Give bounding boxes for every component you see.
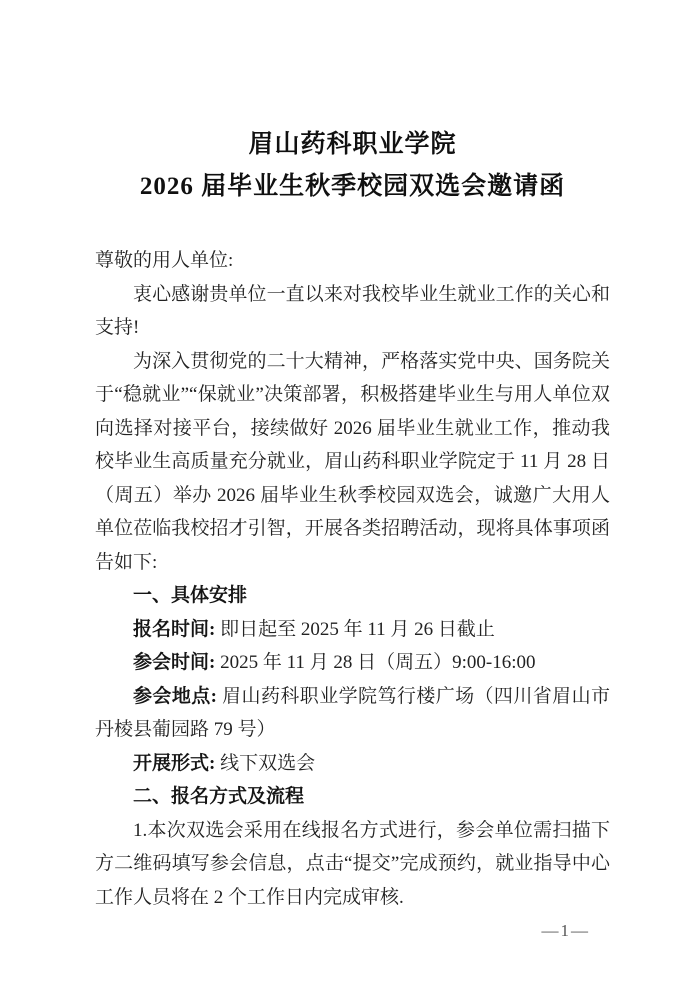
section-1-heading: 一、具体安排: [95, 579, 610, 613]
field-registration-time-value: 即日起至 2025 年 11 月 26 日截止: [215, 619, 495, 640]
field-registration-time-label: 报名时间:: [133, 619, 215, 640]
document-body: 尊敬的用人单位:衷心感谢贵单位一直以来对我校毕业生就业工作的关心和支持!为深入贯…: [95, 244, 610, 914]
title-line-2: 2026 届毕业生秋季校园双选会邀请函: [95, 166, 610, 208]
field-event-time: 参会时间: 2025 年 11 月 28 日（周五）9:00-16:00: [95, 646, 610, 680]
field-event-format-value: 线下双选会: [215, 753, 315, 774]
section-2-heading: 二、报名方式及流程: [95, 780, 610, 814]
document-title: 眉山药科职业学院 2026 届毕业生秋季校园双选会邀请函: [95, 124, 610, 208]
para-intro: 为深入贯彻党的二十大精神，严格落实党中央、国务院关于“稳就业”“保就业”决策部署…: [95, 345, 610, 580]
field-event-location: 参会地点: 眉山药科职业学院笃行楼广场（四川省眉山市丹棱县葡园路 79 号）: [95, 680, 610, 747]
page-number: —1—: [95, 918, 610, 944]
para-registration-process: 1.本次双选会采用在线报名方式进行，参会单位需扫描下方二维码填写参会信息，点击“…: [95, 814, 610, 915]
field-event-format: 开展形式: 线下双选会: [95, 747, 610, 781]
field-registration-time: 报名时间: 即日起至 2025 年 11 月 26 日截止: [95, 613, 610, 647]
field-event-time-value: 2025 年 11 月 28 日（周五）9:00-16:00: [215, 652, 535, 673]
document-page: 眉山药科职业学院 2026 届毕业生秋季校园双选会邀请函 尊敬的用人单位:衷心感…: [0, 0, 700, 991]
field-event-location-label: 参会地点:: [133, 686, 217, 707]
field-event-time-label: 参会时间:: [133, 652, 215, 673]
salutation: 尊敬的用人单位:: [95, 244, 610, 278]
field-event-format-label: 开展形式:: [133, 753, 215, 774]
para-thanks: 衷心感谢贵单位一直以来对我校毕业生就业工作的关心和支持!: [95, 278, 610, 345]
title-line-1: 眉山药科职业学院: [95, 124, 610, 166]
